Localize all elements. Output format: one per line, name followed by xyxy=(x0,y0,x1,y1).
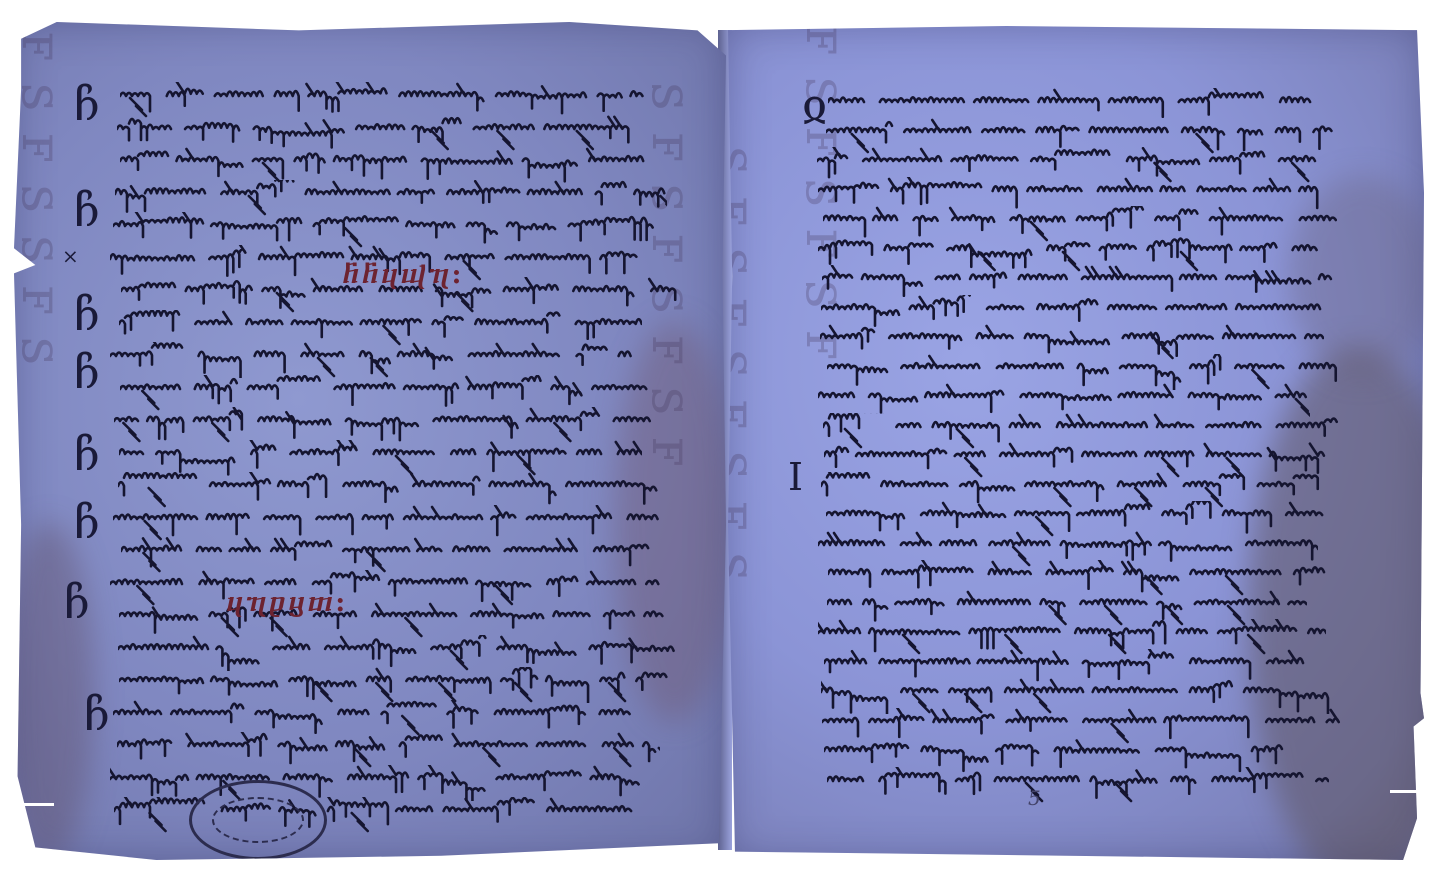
initial-letter: ჩ xyxy=(74,84,100,128)
script-line xyxy=(110,342,633,378)
initial-letter: ჩ xyxy=(74,502,100,546)
initial-letter: ჩ xyxy=(74,352,100,396)
script-line xyxy=(114,407,653,443)
script-line xyxy=(113,700,654,736)
script-line xyxy=(110,570,661,606)
script-line xyxy=(110,765,643,801)
margin-cross-mark: × xyxy=(62,244,79,268)
stain xyxy=(14,522,94,860)
script-line xyxy=(120,147,648,183)
script-line xyxy=(113,505,662,541)
initial-letter: ჩ xyxy=(64,582,90,626)
page-tear xyxy=(1390,790,1424,793)
rubric-heading: ⴌⴌⴗⴓⴄ: xyxy=(342,259,463,290)
script-line xyxy=(119,440,642,476)
page-tear xyxy=(14,803,54,806)
initial-letter: ჩ xyxy=(84,694,110,738)
initial-letter: ჩ xyxy=(74,434,100,478)
initial-letter: I xyxy=(788,458,803,496)
script-line xyxy=(119,602,667,638)
script-line xyxy=(120,82,644,118)
script-line xyxy=(121,537,653,573)
undertext-column: ꜱꜰꜱꜰꜱꜰꜱꜰꜱ xyxy=(728,146,768,603)
script-line xyxy=(118,472,674,508)
manuscript-page-left: ꜰꜱꜰꜱꜱꜰꜱ ꜱꜰꜱꜰꜱꜰꜱꜰ ჩ ჩ ჩ ჩ ჩ ჩ ჩ ჩ ⴌⴌⴗⴓⴄ: … xyxy=(14,22,726,860)
page-number: 5 xyxy=(1028,786,1041,810)
manuscript-page-right: ꜰꜱꜰꜱꜰꜱꜰ ꜱꜰꜱꜰꜱꜰꜱꜰꜱ ჲ I 5 xyxy=(728,26,1424,860)
script-line xyxy=(118,635,677,671)
library-seal-stamp xyxy=(189,780,327,860)
rubric-heading: ⴗⴄⴒⴁⴇ: xyxy=(226,587,347,618)
initial-letter: ჲ xyxy=(802,84,827,128)
initial-letter: ჩ xyxy=(74,190,100,234)
initial-letter: ჩ xyxy=(74,294,100,338)
script-line xyxy=(117,732,661,768)
script-line xyxy=(113,212,658,248)
script-line xyxy=(120,375,663,411)
script-line xyxy=(115,180,668,216)
script-line xyxy=(119,667,672,703)
script-line xyxy=(119,310,643,346)
undertext-column: ꜰꜱꜰꜱꜱꜰꜱ xyxy=(14,32,74,387)
script-line xyxy=(827,767,1329,803)
script-line xyxy=(117,115,646,151)
